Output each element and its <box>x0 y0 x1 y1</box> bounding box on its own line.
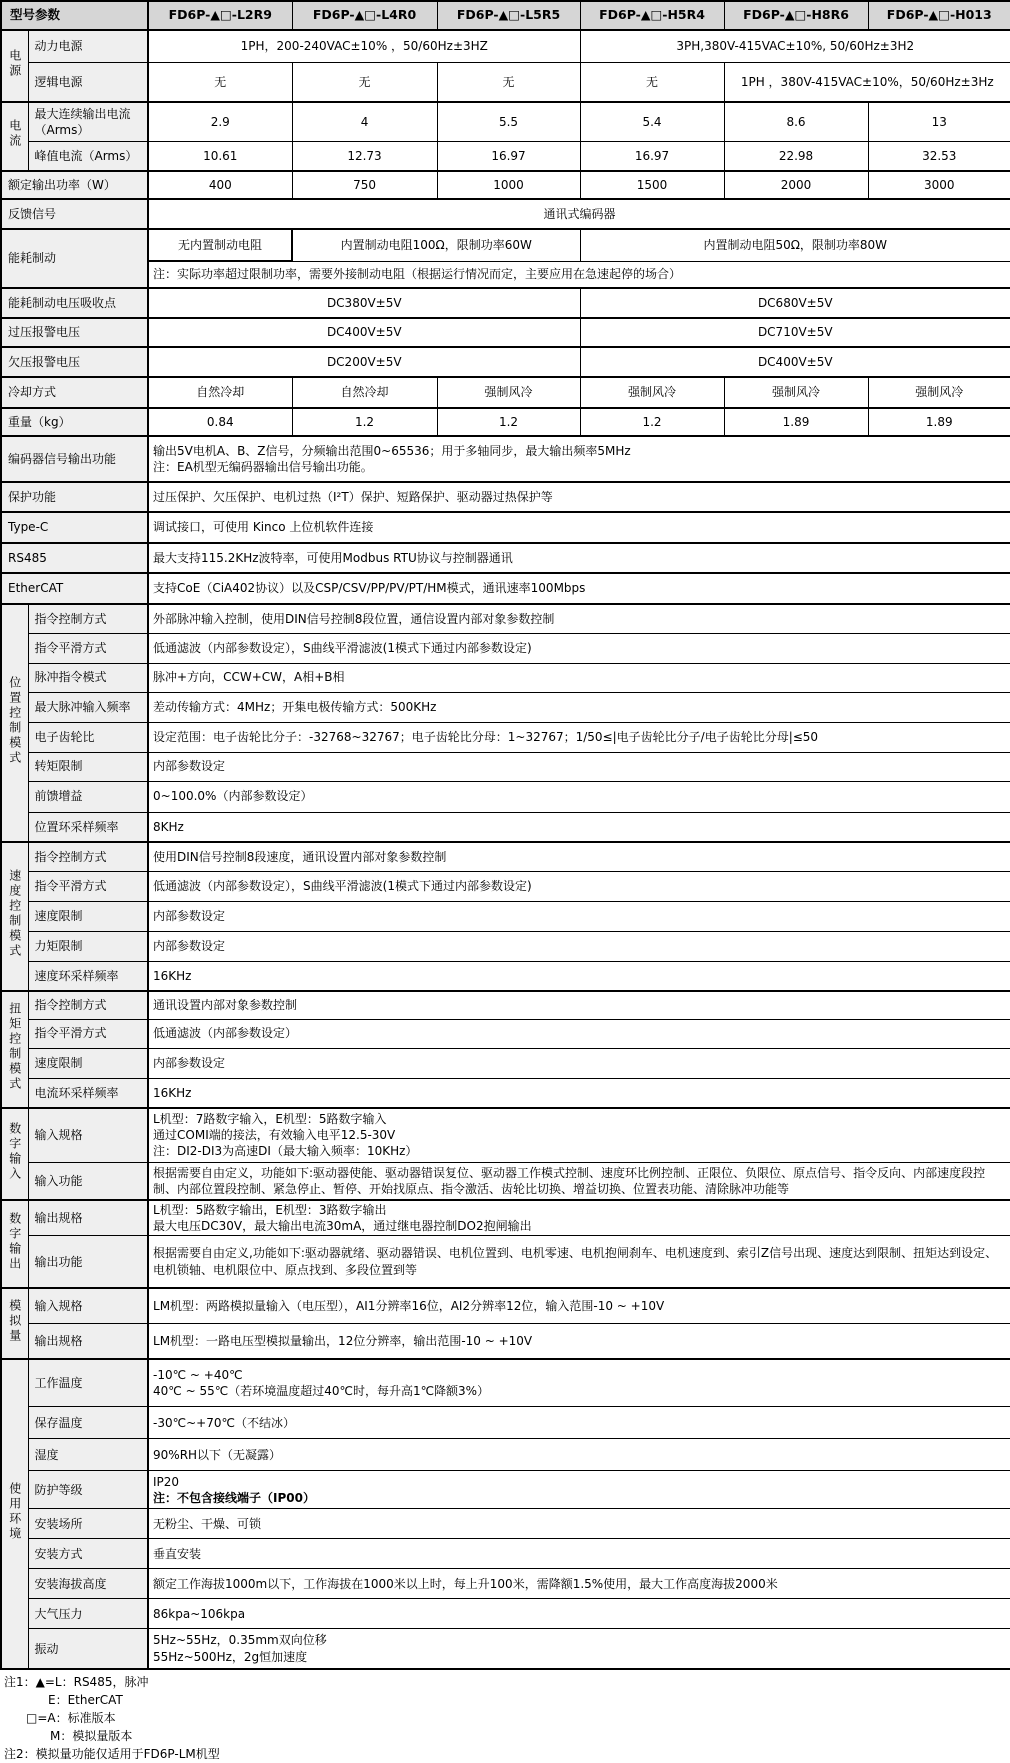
spec-value: 5.4 <box>580 102 724 141</box>
spec-value: 0.84 <box>148 408 292 436</box>
table-row: 湿度 90%RH以下（无凝露） <box>1 1439 1010 1471</box>
section-label-position-mode: 位置控制模式 <box>1 604 28 842</box>
spec-value: 22.98 <box>724 141 868 171</box>
spec-value: 差动传输方式：4MHz；开集电极传输方式：500KHz <box>148 692 1010 722</box>
spec-value: DC400V±5V <box>148 318 580 347</box>
spec-value: 强制风冷 <box>724 377 868 408</box>
row-label: 重量（kg） <box>1 408 148 436</box>
spec-value: 2000 <box>724 171 868 199</box>
table-row: 过压报警电压 DC400V±5V DC710V±5V <box>1 318 1010 347</box>
spec-value: 通讯设置内部对象参数控制 <box>148 991 1010 1019</box>
spec-value: 400 <box>148 171 292 199</box>
footnote-line: □=A：标准版本 <box>0 1709 1010 1727</box>
model-header: FD6P-▲□-L2R9 <box>148 1 292 30</box>
spec-value: 强制风冷 <box>868 377 1010 408</box>
table-row: 速度限制 内部参数设定 <box>1 1048 1010 1078</box>
table-row: 数字输入 输入规格 L机型：7路数字输入，E机型：5路数字输入 通过COMI端的… <box>1 1108 1010 1162</box>
table-row: 扭矩控制模式 指令控制方式 通讯设置内部对象参数控制 <box>1 991 1010 1019</box>
spec-value: 1500 <box>580 171 724 199</box>
spec-value: IP20 注：不包含接线端子（IP00） <box>148 1471 1010 1509</box>
table-row: 欠压报警电压 DC200V±5V DC400V±5V <box>1 347 1010 377</box>
spec-value: 1000 <box>437 171 580 199</box>
table-row: 电流 最大连续输出电流（Arms） 2.9 4 5.5 5.4 8.6 13 <box>1 102 1010 141</box>
spec-value: 使用DIN信号控制8段速度，通讯设置内部对象参数控制 <box>148 842 1010 871</box>
spec-value: 16KHz <box>148 961 1010 991</box>
spec-value: 2.9 <box>148 102 292 141</box>
table-row: 型号参数 FD6P-▲□-L2R9 FD6P-▲□-L4R0 FD6P-▲□-L… <box>1 1 1010 30</box>
spec-value: 0~100.0%（内部参数设定） <box>148 781 1010 812</box>
row-label: 峰值电流（Arms） <box>28 141 148 171</box>
spec-value: 外部脉冲输入控制，使用DIN信号控制8段位置，通信设置内部对象参数控制 <box>148 604 1010 633</box>
row-label: 位置环采样频率 <box>28 812 148 842</box>
table-row: 使用环境 工作温度 -10℃ ~ +40℃ 40℃ ~ 55℃（若环境温度超过4… <box>1 1359 1010 1407</box>
spec-value: 12.73 <box>292 141 437 171</box>
row-label: 速度环采样频率 <box>28 961 148 991</box>
table-row: 安装场所 无粉尘、干燥、可锁 <box>1 1509 1010 1539</box>
model-header: FD6P-▲□-H013 <box>868 1 1010 30</box>
row-label: 脉冲指令模式 <box>28 663 148 692</box>
spec-value: 无粉尘、干燥、可锁 <box>148 1509 1010 1539</box>
spec-value: 1.2 <box>437 408 580 436</box>
spec-value: 内置制动电阻50Ω，限制功率80W <box>580 229 1010 261</box>
table-row: 编码器信号输出功能 输出5V电机A、B、Z信号，分频输出范围0~65536；用于… <box>1 436 1010 482</box>
table-row: 防护等级 IP20 注：不包含接线端子（IP00） <box>1 1471 1010 1509</box>
spec-value: 过压保护、欠压保护、电机过热（I²T）保护、短路保护、驱动器过热保护等 <box>148 482 1010 512</box>
spec-value: 13 <box>868 102 1010 141</box>
spec-value: 自然冷却 <box>148 377 292 408</box>
row-label: 逻辑电源 <box>28 62 148 102</box>
spec-value: 3000 <box>868 171 1010 199</box>
table-row: 大气压力 86kpa~106kpa <box>1 1599 1010 1629</box>
row-label: 输出规格 <box>28 1324 148 1359</box>
spec-value: 8.6 <box>724 102 868 141</box>
row-label: 安装海拔高度 <box>28 1569 148 1599</box>
spec-value: 通讯式编码器 <box>148 199 1010 229</box>
spec-value: 1PH ，380V-415VAC±10%，50/60Hz±3Hz <box>724 62 1010 102</box>
section-label-digital-output: 数字输出 <box>1 1200 28 1288</box>
row-label: 输入功能 <box>28 1162 148 1200</box>
section-label-speed-mode: 速度控制模式 <box>1 842 28 991</box>
spec-value: 16KHz <box>148 1078 1010 1108</box>
table-row: 额定输出功率（W） 400 750 1000 1500 2000 3000 <box>1 171 1010 199</box>
spec-value: 内部参数设定 <box>148 901 1010 931</box>
row-label: 工作温度 <box>28 1359 148 1407</box>
spec-value: 1.89 <box>724 408 868 436</box>
section-label-text: 速度控制模式 <box>9 869 21 959</box>
footnote-line: 注1：▲=L：RS485，脉冲 <box>0 1673 1010 1691</box>
table-row: Type-C 调试接口，可使用 Kinco 上位机软件连接 <box>1 512 1010 543</box>
spec-value: 3PH,380V-415VAC±10%, 50/60Hz±3H2 <box>580 30 1010 62</box>
spec-value-line: -10℃ ~ +40℃ <box>153 1367 1006 1383</box>
row-label: 前馈增益 <box>28 781 148 812</box>
table-row: 注：实际功率超过限制功率，需要外接制动电阻（根据运行情况而定，主要应用在急速起停… <box>1 261 1010 288</box>
row-label: EtherCAT <box>1 573 148 604</box>
spec-value: 强制风冷 <box>437 377 580 408</box>
spec-table: 型号参数 FD6P-▲□-L2R9 FD6P-▲□-L4R0 FD6P-▲□-L… <box>0 0 1010 1670</box>
model-header: FD6P-▲□-H8R6 <box>724 1 868 30</box>
table-row: 峰值电流（Arms） 10.61 12.73 16.97 16.97 22.98… <box>1 141 1010 171</box>
row-label: 输出规格 <box>28 1200 148 1236</box>
spec-value: -10℃ ~ +40℃ 40℃ ~ 55℃（若环境温度超过40℃时，每升高1℃降… <box>148 1359 1010 1407</box>
row-label: 过压报警电压 <box>1 318 148 347</box>
table-row: 转矩限制 内部参数设定 <box>1 752 1010 781</box>
table-row: 能耗制动 无内置制动电阻 内置制动电阻100Ω，限制功率60W 内置制动电阻50… <box>1 229 1010 261</box>
spec-value-line: 5Hz~55Hz，0.35mm双向位移 <box>153 1632 1006 1648</box>
table-row: 速度环采样频率 16KHz <box>1 961 1010 991</box>
spec-value: 强制风冷 <box>580 377 724 408</box>
spec-value: 设定范围：电子齿轮比分子：-32768~32767；电子齿轮比分母：1~3276… <box>148 722 1010 752</box>
spec-value-line: 55Hz~500Hz，2g恒加速度 <box>153 1649 1006 1665</box>
row-label: 编码器信号输出功能 <box>1 436 148 482</box>
table-row: 能耗制动电压吸收点 DC380V±5V DC680V±5V <box>1 288 1010 318</box>
spec-value: 8KHz <box>148 812 1010 842</box>
spec-value: 750 <box>292 171 437 199</box>
row-label: 输入规格 <box>28 1288 148 1324</box>
spec-value: 低通滤波（内部参数设定），S曲线平滑滤波(1模式下通过内部参数设定) <box>148 871 1010 901</box>
row-label: 安装场所 <box>28 1509 148 1539</box>
spec-value: 支持CoE（CiA402协议）以及CSP/CSV/PP/PV/PT/HM模式，通… <box>148 573 1010 604</box>
row-label: 保护功能 <box>1 482 148 512</box>
section-label-text: 电流 <box>9 119 21 149</box>
section-label-text: 位置控制模式 <box>9 676 21 766</box>
section-label-text: 扭矩控制模式 <box>9 1002 21 1092</box>
spec-value: 根据需要自由定义，功能如下:驱动器使能、驱动器错误复位、驱动器工作模式控制、速度… <box>148 1162 1010 1200</box>
row-label: 电流环采样频率 <box>28 1078 148 1108</box>
section-label-environment: 使用环境 <box>1 1359 28 1669</box>
spec-value-line: 最大电压DC30V，最大输出电流30mA，通过继电器控制DO2抱闸输出 <box>153 1218 1006 1234</box>
table-row: 电流环采样频率 16KHz <box>1 1078 1010 1108</box>
spec-value: 内置制动电阻100Ω，限制功率60W <box>292 229 580 261</box>
table-row: 电子齿轮比 设定范围：电子齿轮比分子：-32768~32767；电子齿轮比分母：… <box>1 722 1010 752</box>
spec-value: 16.97 <box>437 141 580 171</box>
spec-value: DC680V±5V <box>580 288 1010 318</box>
table-row: 脉冲指令模式 脉冲+方向，CCW+CW，A相+B相 <box>1 663 1010 692</box>
row-label: 防护等级 <box>28 1471 148 1509</box>
spec-value: 最大支持115.2KHz波特率，可使用Modbus RTU协议与控制器通讯 <box>148 543 1010 573</box>
table-row: 保护功能 过压保护、欠压保护、电机过热（I²T）保护、短路保护、驱动器过热保护等 <box>1 482 1010 512</box>
spec-value: LM机型：一路电压型模拟量输出，12位分辨率，输出范围-10 ~ +10V <box>148 1324 1010 1359</box>
table-row: 最大脉冲输入频率 差动传输方式：4MHz；开集电极传输方式：500KHz <box>1 692 1010 722</box>
row-label: 欠压报警电压 <box>1 347 148 377</box>
spec-value-line: 注：DI2-DI3为高速DI（最大输入频率：10KHz） <box>153 1143 1006 1159</box>
spec-value: L机型：5路数字输出，E机型：3路数字输出 最大电压DC30V，最大输出电流30… <box>148 1200 1010 1236</box>
table-row: 模拟量 输入规格 LM机型：两路模拟量输入（电压型），AI1分辨率16位，AI2… <box>1 1288 1010 1324</box>
row-label: 振动 <box>28 1629 148 1669</box>
section-label-current: 电流 <box>1 102 28 171</box>
row-label: 最大连续输出电流（Arms） <box>28 102 148 141</box>
table-row: 速度控制模式 指令控制方式 使用DIN信号控制8段速度，通讯设置内部对象参数控制 <box>1 842 1010 871</box>
spec-value: 无内置制动电阻 <box>148 229 292 261</box>
table-row: 输入功能 根据需要自由定义，功能如下:驱动器使能、驱动器错误复位、驱动器工作模式… <box>1 1162 1010 1200</box>
row-label: 能耗制动电压吸收点 <box>1 288 148 318</box>
row-label: 电子齿轮比 <box>28 722 148 752</box>
spec-value: 90%RH以下（无凝露） <box>148 1439 1010 1471</box>
spec-value: 1.2 <box>580 408 724 436</box>
row-label: RS485 <box>1 543 148 573</box>
row-label: 指令平滑方式 <box>28 1019 148 1048</box>
row-label: 额定输出功率（W） <box>1 171 148 199</box>
model-header: FD6P-▲□-L4R0 <box>292 1 437 30</box>
spec-value: 10.61 <box>148 141 292 171</box>
table-row: 数字输出 输出规格 L机型：5路数字输出，E机型：3路数字输出 最大电压DC30… <box>1 1200 1010 1236</box>
row-label: 动力电源 <box>28 30 148 62</box>
table-row: 指令平滑方式 低通滤波（内部参数设定），S曲线平滑滤波(1模式下通过内部参数设定… <box>1 871 1010 901</box>
spec-value: DC380V±5V <box>148 288 580 318</box>
footnote-line: E：EtherCAT <box>0 1691 1010 1709</box>
spec-value: 32.53 <box>868 141 1010 171</box>
spec-value: 16.97 <box>580 141 724 171</box>
spec-value: 1.2 <box>292 408 437 436</box>
spec-value: 86kpa~106kpa <box>148 1599 1010 1629</box>
spec-value: DC200V±5V <box>148 347 580 377</box>
section-label-power: 电源 <box>1 30 28 102</box>
row-label: 指令控制方式 <box>28 604 148 633</box>
spec-value: 5.5 <box>437 102 580 141</box>
table-row: 输出功能 根据需要自由定义,功能如下:驱动器就绪、驱动器错误、电机位置到、电机零… <box>1 1236 1010 1288</box>
footnote-line: M：模拟量版本 <box>0 1727 1010 1745</box>
model-header: FD6P-▲□-H5R4 <box>580 1 724 30</box>
section-label-text: 数字输入 <box>9 1122 21 1182</box>
row-label: 输入规格 <box>28 1108 148 1162</box>
table-row: 指令平滑方式 低通滤波（内部参数设定），S曲线平滑滤波(1模式下通过内部参数设定… <box>1 633 1010 663</box>
table-row: EtherCAT 支持CoE（CiA402协议）以及CSP/CSV/PP/PV/… <box>1 573 1010 604</box>
table-row: 力矩限制 内部参数设定 <box>1 931 1010 961</box>
spec-value: 输出5V电机A、B、Z信号，分频输出范围0~65536；用于多轴同步，最大输出频… <box>148 436 1010 482</box>
spec-value: 脉冲+方向，CCW+CW，A相+B相 <box>148 663 1010 692</box>
spec-value: DC400V±5V <box>580 347 1010 377</box>
table-row: 保存温度 -30℃~+70℃（不结冰） <box>1 1407 1010 1439</box>
spec-value-line: 40℃ ~ 55℃（若环境温度超过40℃时，每升高1℃降额3%） <box>153 1383 1006 1399</box>
row-label: 指令控制方式 <box>28 991 148 1019</box>
section-label-analog: 模拟量 <box>1 1288 28 1359</box>
spec-value-line: L机型：5路数字输出，E机型：3路数字输出 <box>153 1202 1006 1218</box>
table-row: 冷却方式 自然冷却 自然冷却 强制风冷 强制风冷 强制风冷 强制风冷 <box>1 377 1010 408</box>
row-label: 湿度 <box>28 1439 148 1471</box>
spec-value: 无 <box>148 62 292 102</box>
spec-value-line: 通过COMI端的接法，有效输入电平12.5-30V <box>153 1127 1006 1143</box>
spec-value-line: 注：EA机型无编码器输出信号输出功能。 <box>153 459 1006 475</box>
table-row: 速度限制 内部参数设定 <box>1 901 1010 931</box>
table-row: 反馈信号 通讯式编码器 <box>1 199 1010 229</box>
section-label-text: 数字输出 <box>9 1212 21 1272</box>
spec-value: 1.89 <box>868 408 1010 436</box>
table-row: 输出规格 LM机型：一路电压型模拟量输出，12位分辨率，输出范围-10 ~ +1… <box>1 1324 1010 1359</box>
spec-note: 注：实际功率超过限制功率，需要外接制动电阻（根据运行情况而定，主要应用在急速起停… <box>148 261 1010 288</box>
spec-value: DC710V±5V <box>580 318 1010 347</box>
row-label: 能耗制动 <box>1 229 148 288</box>
table-row: 指令平滑方式 低通滤波（内部参数设定） <box>1 1019 1010 1048</box>
row-label: 转矩限制 <box>28 752 148 781</box>
footnote-line: 注2：模拟量功能仅适用于FD6P-LM机型 <box>0 1745 1010 1763</box>
spec-value-line: 注：不包含接线端子（IP00） <box>153 1490 1006 1506</box>
spec-value: 低通滤波（内部参数设定），S曲线平滑滤波(1模式下通过内部参数设定) <box>148 633 1010 663</box>
table-row: 电源 动力电源 1PH，200-240VAC±10% ，50/60Hz±3HZ … <box>1 30 1010 62</box>
spec-value: 根据需要自由定义,功能如下:驱动器就绪、驱动器错误、电机位置到、电机零速、电机抱… <box>148 1236 1010 1288</box>
spec-value: 内部参数设定 <box>148 1048 1010 1078</box>
table-row: 位置控制模式 指令控制方式 外部脉冲输入控制，使用DIN信号控制8段位置，通信设… <box>1 604 1010 633</box>
row-label: 反馈信号 <box>1 199 148 229</box>
model-header: FD6P-▲□-L5R5 <box>437 1 580 30</box>
row-label: 冷却方式 <box>1 377 148 408</box>
header-param-label: 型号参数 <box>1 1 148 30</box>
table-row: 重量（kg） 0.84 1.2 1.2 1.2 1.89 1.89 <box>1 408 1010 436</box>
spec-value-line: IP20 <box>153 1474 1006 1490</box>
table-row: 前馈增益 0~100.0%（内部参数设定） <box>1 781 1010 812</box>
row-label: 指令控制方式 <box>28 842 148 871</box>
table-row: 逻辑电源 无 无 无 无 1PH ，380V-415VAC±10%，50/60H… <box>1 62 1010 102</box>
spec-value: 低通滤波（内部参数设定） <box>148 1019 1010 1048</box>
row-label: 大气压力 <box>28 1599 148 1629</box>
spec-value: L机型：7路数字输入，E机型：5路数字输入 通过COMI端的接法，有效输入电平1… <box>148 1108 1010 1162</box>
spec-value: 内部参数设定 <box>148 931 1010 961</box>
row-label: 安装方式 <box>28 1539 148 1569</box>
section-label-text: 使用环境 <box>9 1482 21 1542</box>
spec-value: 4 <box>292 102 437 141</box>
spec-value: 内部参数设定 <box>148 752 1010 781</box>
section-label-digital-input: 数字输入 <box>1 1108 28 1200</box>
section-label-text: 模拟量 <box>9 1299 21 1344</box>
footnotes: 注1：▲=L：RS485，脉冲 E：EtherCAT □=A：标准版本 M：模拟… <box>0 1673 1010 1763</box>
table-row: 位置环采样频率 8KHz <box>1 812 1010 842</box>
table-row: 安装海拔高度 额定工作海拔1000m以下，工作海拔在1000米以上时，每上升10… <box>1 1569 1010 1599</box>
row-label: Type-C <box>1 512 148 543</box>
spec-value: 额定工作海拔1000m以下，工作海拔在1000米以上时，每上升100米，需降额1… <box>148 1569 1010 1599</box>
spec-value: 1PH，200-240VAC±10% ，50/60Hz±3HZ <box>148 30 580 62</box>
spec-value: 无 <box>292 62 437 102</box>
row-label: 力矩限制 <box>28 931 148 961</box>
spec-value: LM机型：两路模拟量输入（电压型），AI1分辨率16位，AI2分辨率12位，输入… <box>148 1288 1010 1324</box>
table-row: RS485 最大支持115.2KHz波特率，可使用Modbus RTU协议与控制… <box>1 543 1010 573</box>
section-label-text: 电源 <box>9 49 21 79</box>
spec-value: -30℃~+70℃（不结冰） <box>148 1407 1010 1439</box>
table-row: 安装方式 垂直安装 <box>1 1539 1010 1569</box>
row-label: 指令平滑方式 <box>28 633 148 663</box>
spec-value: 垂直安装 <box>148 1539 1010 1569</box>
row-label: 速度限制 <box>28 1048 148 1078</box>
row-label: 保存温度 <box>28 1407 148 1439</box>
row-label: 输出功能 <box>28 1236 148 1288</box>
table-row: 振动 5Hz~55Hz，0.35mm双向位移 55Hz~500Hz，2g恒加速度 <box>1 1629 1010 1669</box>
spec-value: 自然冷却 <box>292 377 437 408</box>
row-label: 指令平滑方式 <box>28 871 148 901</box>
spec-value: 无 <box>437 62 580 102</box>
spec-value: 5Hz~55Hz，0.35mm双向位移 55Hz~500Hz，2g恒加速度 <box>148 1629 1010 1669</box>
spec-value: 无 <box>580 62 724 102</box>
spec-value-line: L机型：7路数字输入，E机型：5路数字输入 <box>153 1111 1006 1127</box>
spec-value-line: 输出5V电机A、B、Z信号，分频输出范围0~65536；用于多轴同步，最大输出频… <box>153 443 1006 459</box>
row-label: 速度限制 <box>28 901 148 931</box>
spec-value: 调试接口，可使用 Kinco 上位机软件连接 <box>148 512 1010 543</box>
section-label-torque-mode: 扭矩控制模式 <box>1 991 28 1108</box>
row-label: 最大脉冲输入频率 <box>28 692 148 722</box>
